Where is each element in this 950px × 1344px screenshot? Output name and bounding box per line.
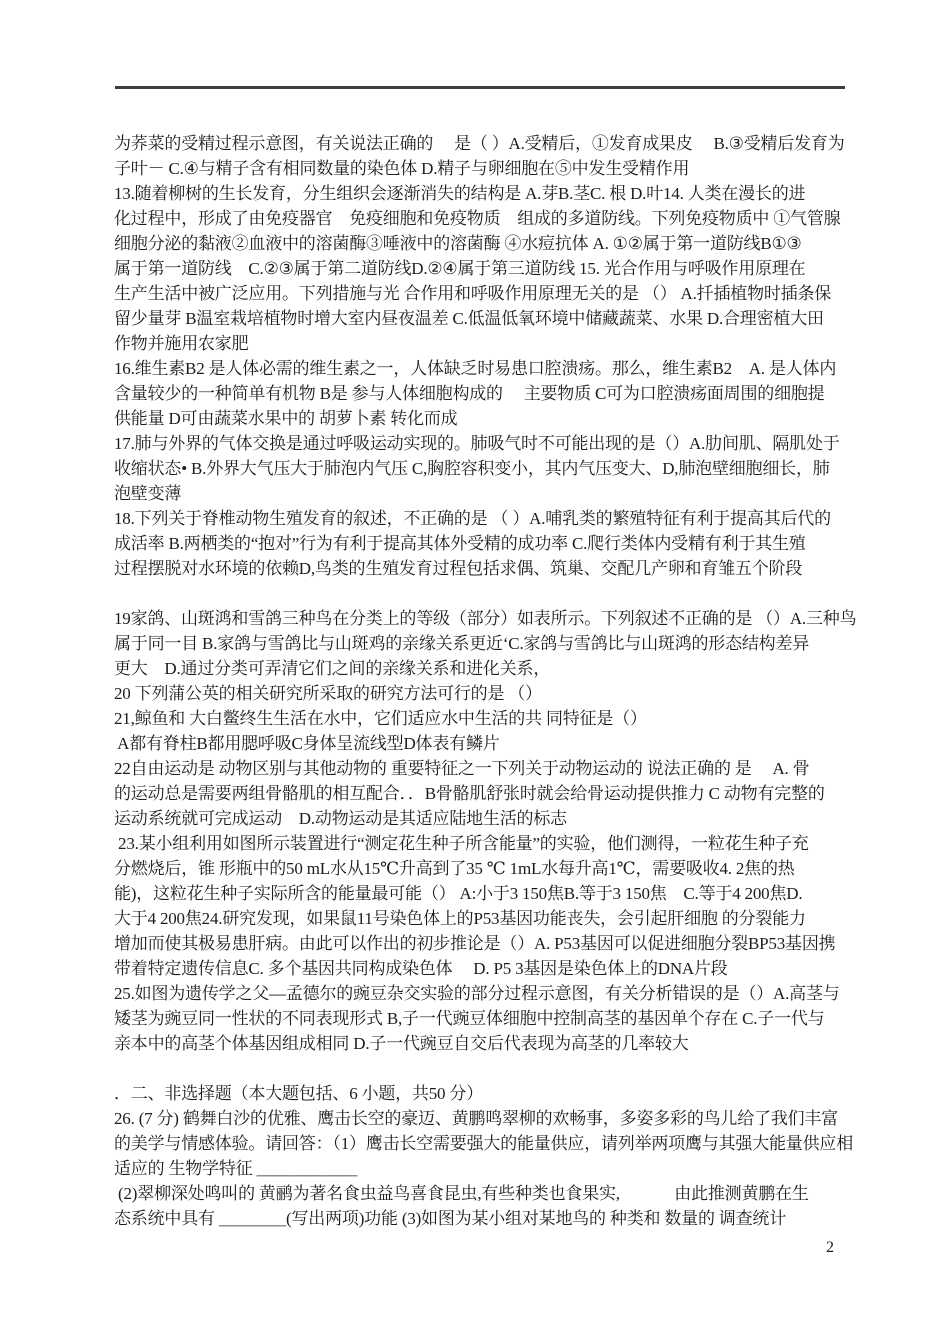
document-text-body: 为荞菜的受精过程示意图，有关说法正确的 是（ ）A.受精后，①发育成果皮 B.③… [114, 131, 854, 1231]
text-line: 作物并施用农家肥 [114, 331, 854, 356]
text-line: 20 下列蒲公英的相关研究所采取的研究方法可行的是 （） [114, 681, 854, 706]
text-line: 生产生活中被广泛应用。下列措施与光 合作用和呼吸作用原理无关的是 （） A.扦插… [114, 281, 854, 306]
text-line: 泡壁变薄 [114, 481, 854, 506]
text-line: 带着特定遗传信息C. 多个基因共同构成染色体 D. P5 3基因是染色体上的DN… [114, 956, 854, 981]
text-line: 成活率 B.两栖类的“抱对”行为有利于提高其体外受精的成功率 C.爬行类体内受精… [114, 531, 854, 556]
text-line: 留少量芽 B温室栽培植物时增大室内昼夜温差 C.低温低氧环境中储藏蔬菜、水果 D… [114, 306, 854, 331]
text-line: 13.随着柳树的生长发育，分生组织会逐渐消失的结构是 A.芽B.茎C. 根 D.… [114, 181, 854, 206]
text-line: 适应的 生物学特征 ＿＿＿＿＿＿ [114, 1156, 854, 1181]
text-line: 细胞分泌的黏液②血液中的溶菌酶③唾液中的溶菌酶 ④水痘抗体 A. ①②属于第一道… [114, 231, 854, 256]
text-line: 22自由运动是 动物区别与其他动物的 重要特征之一下列关于动物运动的 说法正确的… [114, 756, 854, 781]
text-line: ．二、非选择题（本大题包括、6 小题，共50 分） [114, 1081, 854, 1106]
text-line: 运动系统就可完成运动 D.动物运动是其适应陆地生活的标志 [114, 806, 854, 831]
text-line: 矮茎为豌豆同一性状的不同表现形式 B,子一代豌豆体细胞中控制高茎的基因单个存在 … [114, 1006, 854, 1031]
text-line: 25.如图为遗传学之父—孟德尔的豌豆杂交实验的部分过程示意图，有关分析错误的是（… [114, 981, 854, 1006]
text-line: 23.某小组利用如图所示装置进行“测定花生种子所含能量”的实验，他们测得，一粒花… [114, 831, 854, 856]
text-line: 属于同一目 B.家鸽与雪鸽比与山斑鸡的亲缘关系更近‘C.家鸽与雪鸽比与山斑鸿的形… [114, 631, 854, 656]
text-line: 态系统中具有 ＿＿＿＿(写出两项)功能 (3)如图为某小组对某地鸟的 种类和 数… [114, 1206, 854, 1231]
text-line: A都有脊柱B都用腮呼吸C身体呈流线型D体表有鳞片 [114, 731, 854, 756]
text-line: 收缩状态• B.外界大气压大于肺泡内气压 C,胸腔容积变小，其内气压变大、D,肺… [114, 456, 854, 481]
text-line: 21,鲸鱼和 大白鳖终生生活在水中，它们适应水中生活的共 同特征是（） [114, 706, 854, 731]
text-line: 供能量 D可由蔬菜水果中的 胡萝卜素 转化而成 [114, 406, 854, 431]
text-line: 16.维生素B2 是人体必需的维生素之一，人体缺乏时易患口腔溃疡。那么，维生素B… [114, 356, 854, 381]
text-line: 18.下列关于脊椎动物生殖发育的叙述，不正确的是 （ ）A.哺乳类的繁殖特征有利… [114, 506, 854, 531]
document-page: 为荞菜的受精过程示意图，有关说法正确的 是（ ）A.受精后，①发育成果皮 B.③… [0, 0, 950, 1344]
text-line: 含量较少的一种简单有机物 B是 参与人体细胞构成的 主要物质 C可为口腔溃疡面周… [114, 381, 854, 406]
text-line [114, 581, 854, 606]
text-line: 的运动总是需要两组骨骼肌的相互配合．．B骨骼肌舒张时就会给骨运动提供推力 C 动… [114, 781, 854, 806]
text-line: 亲本中的高茎个体基因组成相同 D.子一代豌豆自交后代表现为高茎的几率较大 [114, 1031, 854, 1056]
text-line: 属于第一道防线 C.②③属于第二道防线D.②④属于第三道防线 15. 光合作用与… [114, 256, 854, 281]
text-line: 能)，这粒花生种子实际所含的能量最可能（） A:小于3 150焦B.等于3 15… [114, 881, 854, 906]
header-rule-divider [115, 86, 845, 89]
text-line: 子叶－ C.④与精子含有相同数量的染色体 D.精子与卵细胞在⑤中发生受精作用 [114, 156, 854, 181]
text-line: 大于4 200焦24.研究发现，如果鼠11号染色体上的P53基因功能丧失，会引起… [114, 906, 854, 931]
text-line: 化过程中，形成了由免疫器官 免疫细胞和免疫物质 组成的多道防线。下列免疫物质中 … [114, 206, 854, 231]
text-line: 19家鸽、山斑鸿和雪鸽三种鸟在分类上的等级（部分）如表所示。下列叙述不正确的是 … [114, 606, 854, 631]
text-line: 为荞菜的受精过程示意图，有关说法正确的 是（ ）A.受精后，①发育成果皮 B.③… [114, 131, 854, 156]
text-line: 的美学与情感体验。请回答：（1）鹰击长空需要强大的能量供应，请列举两项鹰与其强大… [114, 1131, 854, 1156]
text-line: 分燃烧后，锥 形瓶中的50 mL水从15℃升高到了35 ℃ 1mL水每升高1℃，… [114, 856, 854, 881]
page-number: 2 [826, 1238, 834, 1258]
text-line: 过程摆脱对水环境的依赖D,鸟类的生殖发育过程包括求偶、筑巢、交配几产卵和育雏五个… [114, 556, 854, 581]
text-line [114, 1056, 854, 1081]
text-line: 26. (7 分) 鹤舞白沙的优雅、鹰击长空的豪迈、黄鹏鸣翠柳的欢畅事，多姿多彩… [114, 1106, 854, 1131]
text-line: (2)翠柳深处鸣叫的 黄鹂为著名食虫益鸟喜食昆虫,有些种类也食果实, 由此推测黄… [114, 1181, 854, 1206]
text-line: 更大 D.通过分类可弄清它们之间的亲缘关系和进化关系， [114, 656, 854, 681]
text-line: 增加而使其极易患肝病。由此可以作出的初步推论是（）A. P53基因可以促进细胞分… [114, 931, 854, 956]
text-line: 17.肺与外界的气体交换是通过呼吸运动实现的。肺吸气时不可能出现的是（）A.肋间… [114, 431, 854, 456]
